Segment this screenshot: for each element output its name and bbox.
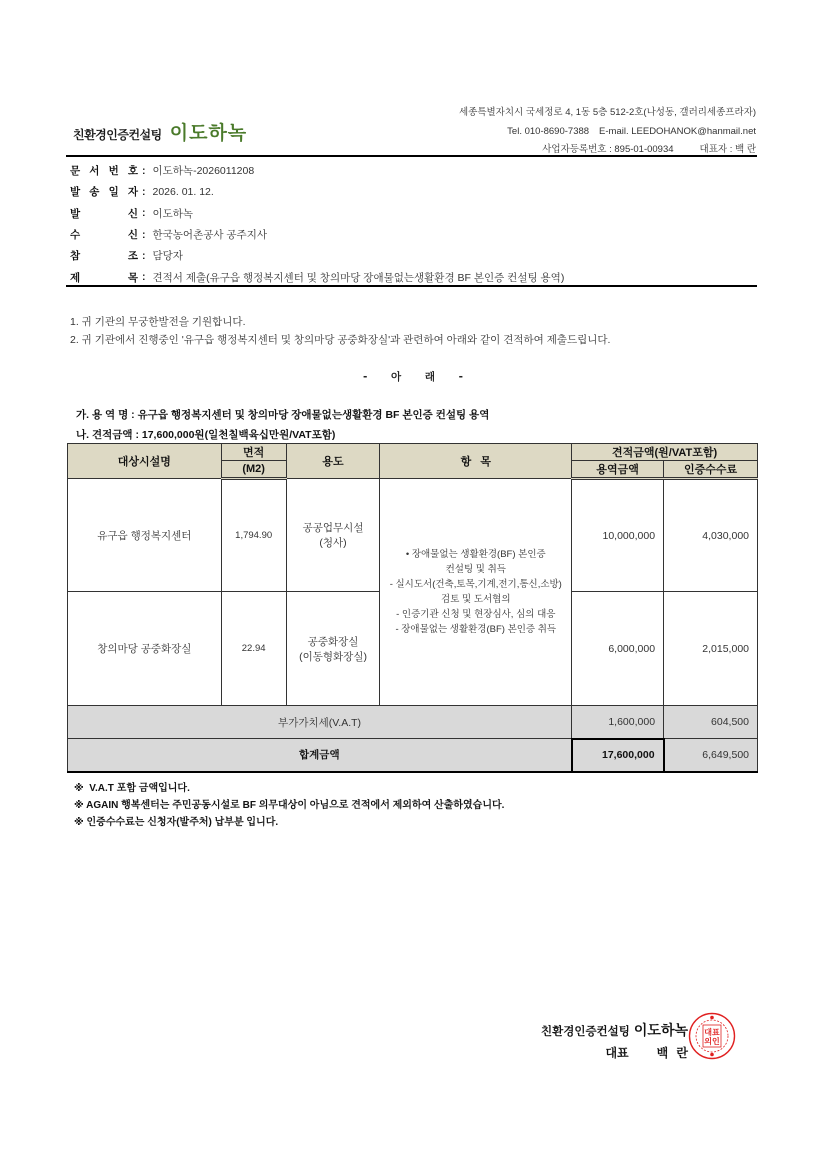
total-cert-fee: 6,649,500 [664,739,758,772]
col-area-unit: (M2) [221,461,286,479]
facility-use: 공중화장실(이동형화장실) [286,592,380,706]
item-line: - 인증기관 신청 및 현장심사, 심의 대응 [382,607,569,622]
meta-value: 이도하녹 [153,206,194,221]
item-line: • 장애물없는 생활환경(BF) 본인증 [382,547,569,562]
meta-label: 발신 [70,206,138,221]
facility-area: 22.94 [221,592,286,706]
quote-amount-line: 나. 견적금액 : 17,600,000원(일천칠백육십만원/VAT포함) [76,427,335,442]
meta-divider [66,285,757,287]
col-facility: 대상시설명 [68,444,222,479]
note-line: ※ AGAIN 행복센터는 주민공동시설로 BF 의무대상이 아님으로 견적에서… [74,797,504,814]
meta-label: 문서번호 [70,163,138,178]
use-line: (이동형화장실) [287,649,380,664]
svg-text:대표: 대표 [704,1027,720,1037]
meta-row: 발송일자:2026. 01. 12. [70,181,564,202]
table-row: 유구읍 행정복지센터 1,794.90 공공업무시설(청사) • 장애물없는 생… [68,479,758,592]
meta-colon: : [142,229,146,241]
document-meta: 문서번호:이도하녹-2026011208발송일자:2026. 01. 12.발신… [70,160,564,288]
note-line: ※ V.A.T 포함 금액입니다. [74,780,504,797]
vat-service-fee: 1,600,000 [572,706,664,739]
intro-line: 2. 귀 기관에서 진행중인 '유구읍 행정복지센터 및 창의마당 공중화장실'… [70,332,610,347]
note-line: ※ 인증수수료는 신청자(발주처) 납부분 입니다. [74,814,504,831]
service-items: • 장애물없는 생활환경(BF) 본인증 컨설팅 및 취득 - 실시도서(건축,… [380,479,572,706]
col-area: 면적 [221,444,286,461]
col-cert-fee: 인증수수료 [664,461,758,479]
total-service-fee: 17,600,000 [572,739,664,772]
meta-label: 참조 [70,248,138,263]
signature-company-prefix: 친환경인증컨설팅 [541,1024,630,1038]
logo-name: 이도하녹 [170,118,247,145]
meta-label: 발송일자 [70,184,138,199]
meta-colon: : [142,165,146,177]
meta-value: 한국농어촌공사 공주지사 [153,227,268,242]
company-info: 세종특별자치시 국세정로 4, 1동 5층 512-2호(나성동, 갤러리세종프… [459,104,756,160]
item-line: - 장애물없는 생활환경(BF) 본인증 취득 [382,622,569,637]
service-fee: 10,000,000 [572,479,664,592]
item-line: 검토 및 도서협의 [382,592,569,607]
meta-colon: : [142,186,146,198]
item-line: 컨설팅 및 취득 [382,562,569,577]
use-line: 공공업무시설 [287,520,380,535]
meta-value: 담당자 [153,248,183,263]
notes: ※ V.A.T 포함 금액입니다. ※ AGAIN 행복센터는 주민공동시설로 … [74,780,504,831]
item-line: - 실시도서(건축,토목,기계,전기,통신,소방) [382,577,569,592]
total-label: 합계금액 [68,739,572,772]
meta-value: 이도하녹-2026011208 [153,163,255,178]
company-address: 세종특별자치시 국세정로 4, 1동 5층 512-2호(나성동, 갤러리세종프… [459,104,756,123]
cert-fee: 4,030,000 [664,479,758,592]
cert-fee: 2,015,000 [664,592,758,706]
facility-use: 공공업무시설(청사) [286,479,380,592]
vat-label: 부가가치세(V.A.T) [68,706,572,739]
vat-row: 부가가치세(V.A.T) 1,600,000 604,500 [68,706,758,739]
col-amount-group: 견적금액(원/VAT포함) [572,444,758,461]
facility-name: 창의마당 공중화장실 [68,592,222,706]
quote-table: 대상시설명 면적 용도 항 목 견적금액(원/VAT포함) (M2) 용역금액 … [67,443,758,773]
col-use: 용도 [286,444,380,479]
facility-name: 유구읍 행정복지센터 [68,479,222,592]
logo-subtitle: 친환경인증컨설팅 [73,126,162,143]
service-fee: 6,000,000 [572,592,664,706]
company-contact: Tel. 010-8690-7388E-mail. LEEDOHANOK@han… [459,123,756,142]
meta-row: 수신:한국농어촌공사 공주지사 [70,224,564,245]
meta-label: 제목 [70,270,138,285]
use-line: (청사) [287,535,380,550]
official-seal-icon: 대표 의인 [688,1012,736,1060]
signature-block: 친환경인증컨설팅이도하녹 대표백 란 [541,1020,688,1061]
svg-text:의인: 의인 [704,1036,720,1046]
signature-title: 대표 [605,1046,628,1060]
meta-value: 2026. 01. 12. [153,186,214,198]
meta-row: 참조:담당자 [70,245,564,266]
meta-row: 발신:이도하녹 [70,203,564,224]
meta-colon: : [142,250,146,262]
greeting-line: 1. 귀 기관의 무궁한발전을 기원합니다. [70,314,246,329]
section-heading: - 아 래 - [0,369,826,384]
header-divider [66,155,757,157]
facility-area: 1,794.90 [221,479,286,592]
meta-value: 견적서 제출(유구읍 행정복지센터 및 창의마당 장애물없는생활환경 BF 본인… [153,270,565,285]
meta-colon: : [142,207,146,219]
col-service-fee: 용역금액 [572,461,664,479]
company-tel: Tel. 010-8690-7388 [507,126,589,137]
use-line: 공중화장실 [287,634,380,649]
company-email: E-mail. LEEDOHANOK@hanmail.net [599,126,756,137]
col-items: 항 목 [380,444,572,479]
total-row: 합계금액 17,600,000 6,649,500 [68,739,758,772]
biz-number: 사업자등록번호 : 895-01-00934 [542,144,673,155]
vat-cert-fee: 604,500 [664,706,758,739]
meta-row: 문서번호:이도하녹-2026011208 [70,160,564,181]
meta-colon: : [142,271,146,283]
ceo-name: 대표자 : 백 란 [700,144,756,155]
signature-name: 백 란 [657,1046,688,1060]
meta-label: 수신 [70,227,138,242]
company-logo: 친환경인증컨설팅 이도하녹 [73,118,247,145]
service-name-line: 가. 용 역 명 : 유구읍 행정복지센터 및 창의마당 장애물없는생활환경 B… [76,407,489,422]
signature-company-name: 이도하녹 [634,1023,688,1039]
